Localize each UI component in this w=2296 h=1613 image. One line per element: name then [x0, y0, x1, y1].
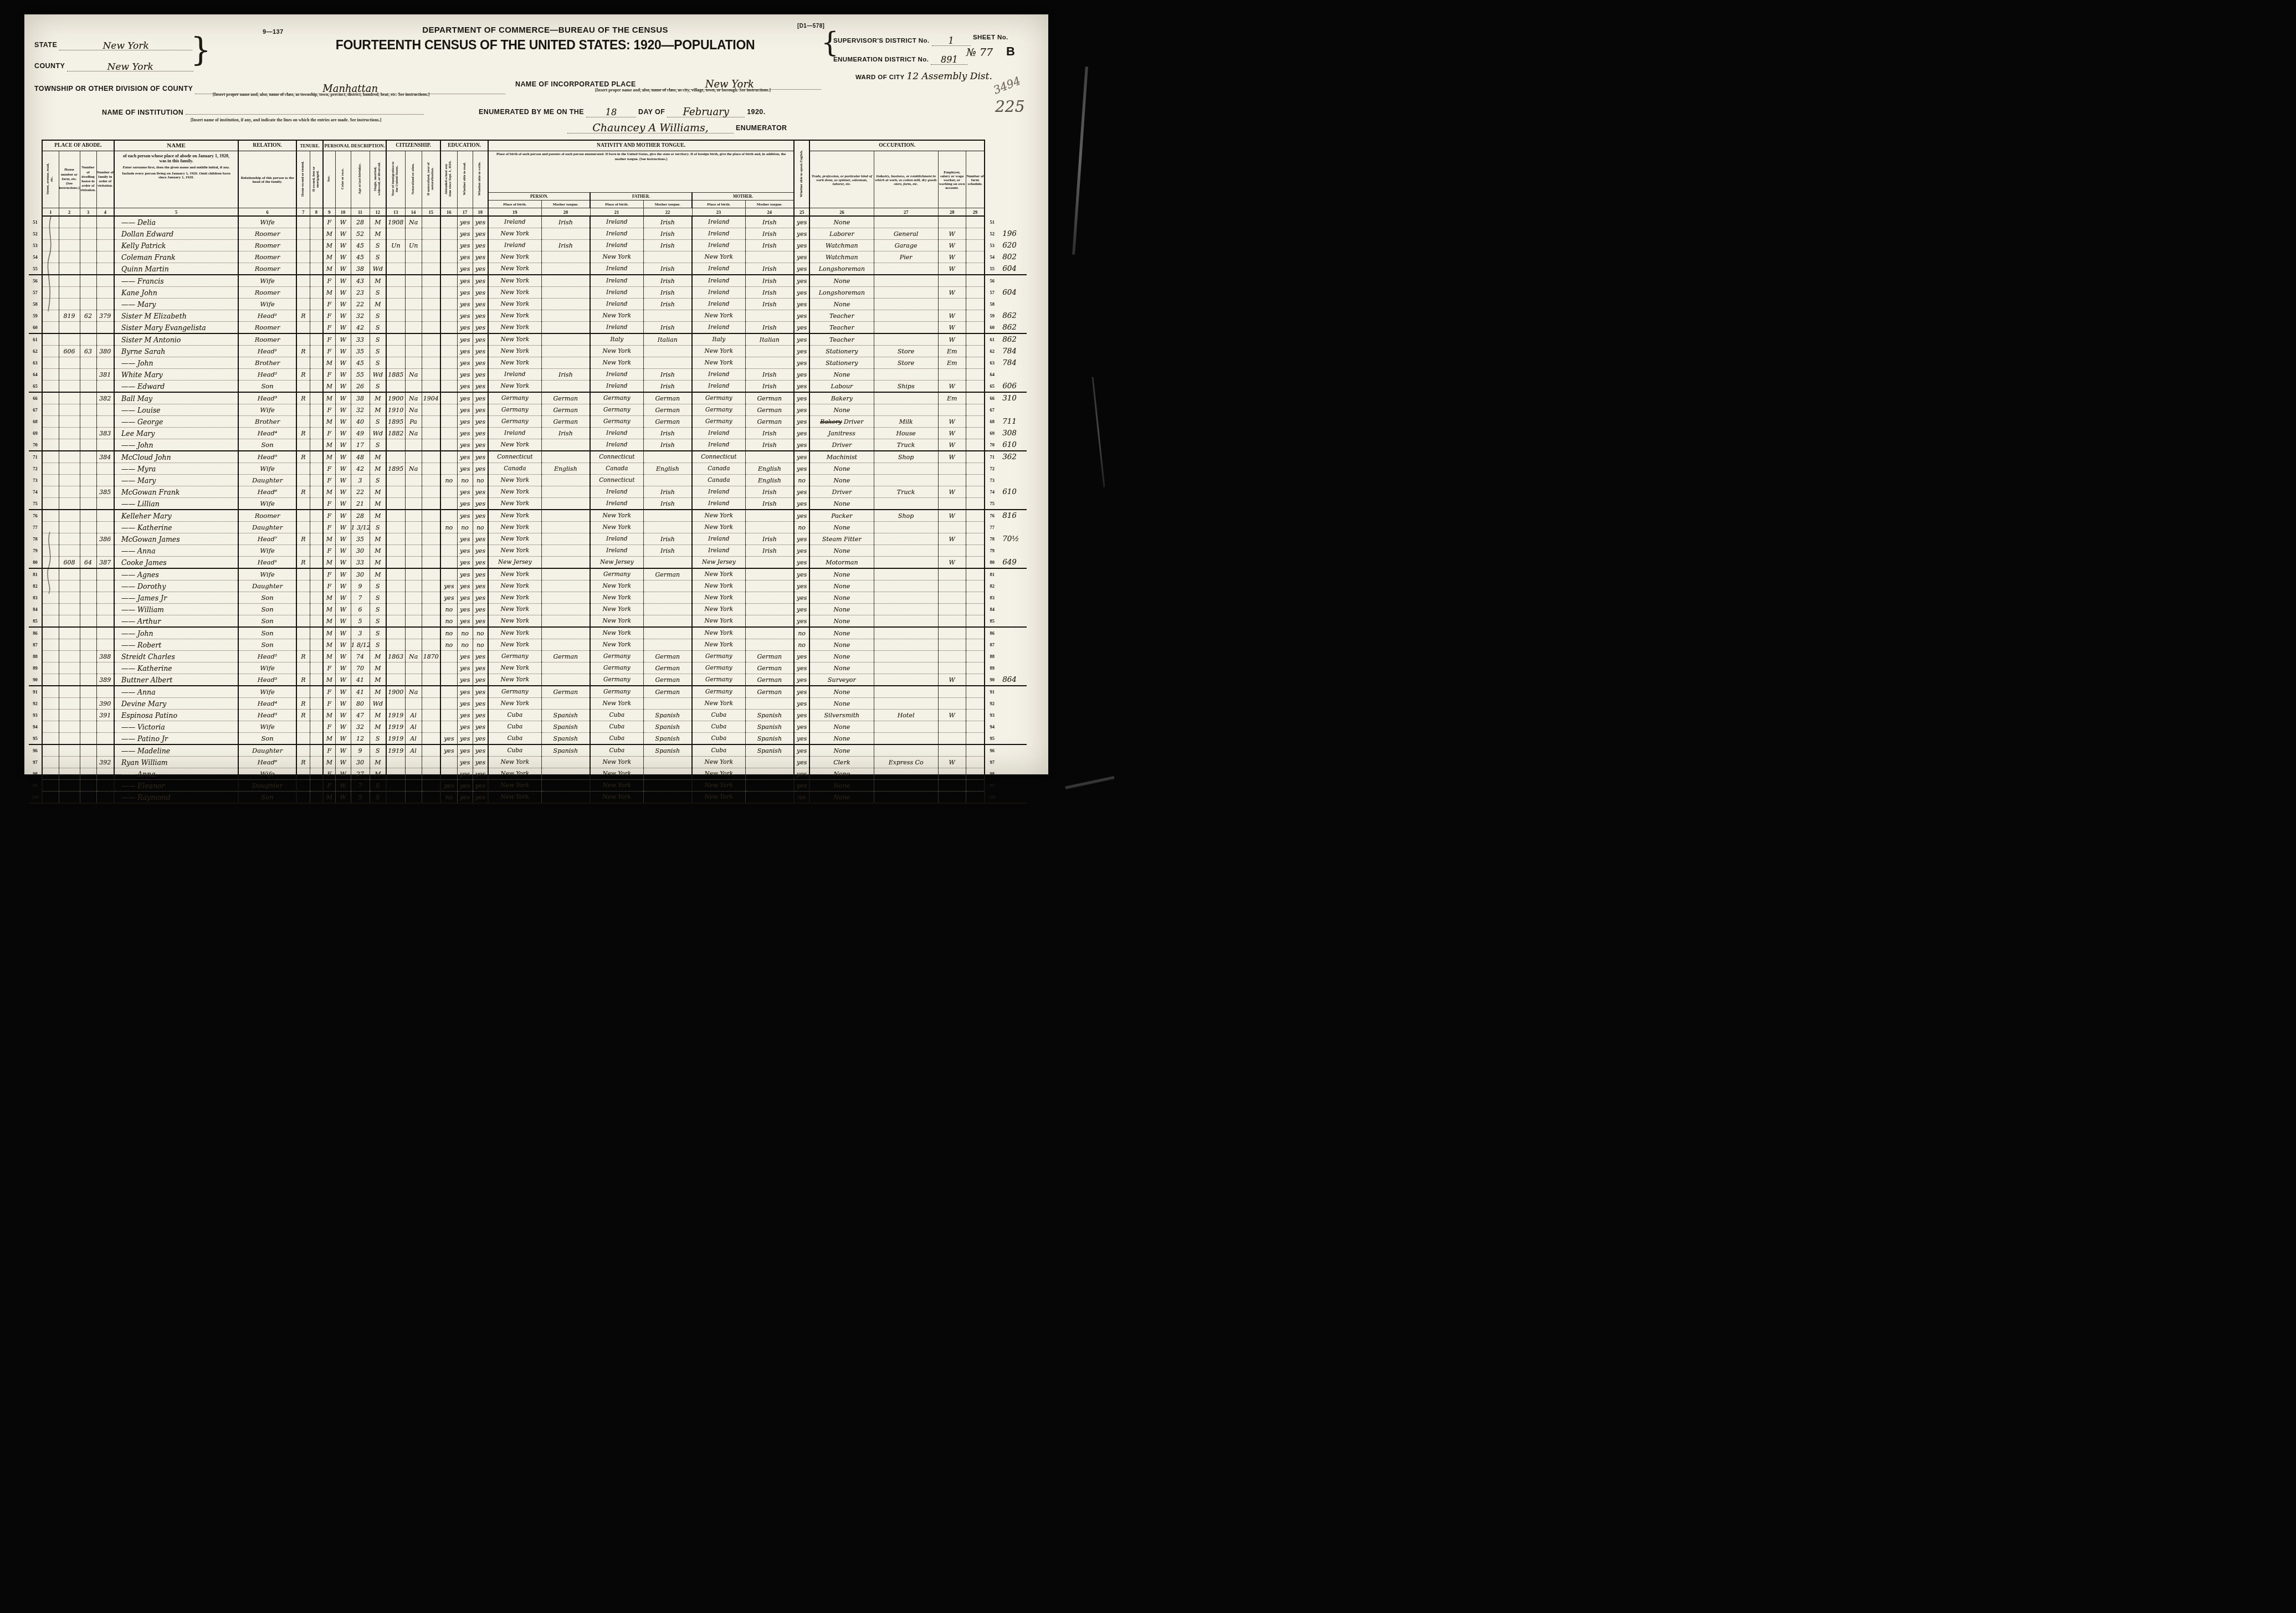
- cell-write: yes: [473, 545, 488, 557]
- cell-imm: 1910: [386, 404, 405, 416]
- cell-sch: [440, 240, 457, 251]
- cell-read: yes: [457, 275, 473, 287]
- cell-street: [42, 522, 59, 533]
- state-value: New York: [102, 40, 148, 52]
- cell-age: 30: [351, 757, 370, 768]
- cell-write: yes: [473, 428, 488, 439]
- table-row: 99—— EleanorDaughterFW7SyesyesyesNew Yor…: [29, 780, 1027, 792]
- cell-pb: New York: [488, 251, 541, 263]
- cell-num: 84: [29, 604, 42, 615]
- cell-farm: [966, 381, 985, 393]
- cell-race: W: [335, 346, 351, 357]
- cell-imm: [386, 486, 405, 498]
- column-number: 2: [59, 208, 80, 217]
- cell-sex: M: [323, 710, 335, 721]
- township-note: [Insert proper name and, also, name of c…: [213, 92, 429, 97]
- cell-nat: [405, 333, 422, 346]
- table-row: 58—— MaryWifeFW22MyesyesNew YorkIrelandI…: [29, 299, 1027, 310]
- cell-age: 55: [351, 369, 370, 381]
- cell-name: Kane John: [114, 287, 238, 299]
- col-house: House number or farm, etc. (See instruct…: [59, 151, 80, 208]
- cell-eng: yes: [794, 615, 809, 628]
- cell-street: [42, 428, 59, 439]
- cell-house: [59, 733, 80, 745]
- cell-rel: Head⁶: [238, 757, 296, 768]
- cell-natyr: [422, 721, 440, 733]
- cell-ten: [296, 522, 310, 533]
- cell-street: [42, 581, 59, 592]
- cell-emp: [938, 639, 966, 651]
- group-abode: PLACE OF ABODE.: [42, 140, 114, 151]
- cell-mmt: [745, 568, 794, 581]
- cell-name: —— Victoria: [114, 721, 238, 733]
- subgroup-person: PERSON.: [488, 193, 590, 201]
- cell-rel: Wife: [238, 568, 296, 581]
- cell-age: 30: [351, 545, 370, 557]
- cell-sex: M: [323, 263, 335, 275]
- cell-age: 52: [351, 228, 370, 240]
- cell-emp: [938, 721, 966, 733]
- cell-street: [42, 721, 59, 733]
- cell-mmt: Irish: [745, 299, 794, 310]
- cell-write: yes: [473, 287, 488, 299]
- cell-mmt: [745, 592, 794, 604]
- cell-race: W: [335, 744, 351, 757]
- cell-natyr: [422, 251, 440, 263]
- cell-rel: Wife: [238, 768, 296, 780]
- cell-trade: None: [809, 768, 874, 780]
- cell-mar: S: [370, 322, 386, 334]
- cell-read: yes: [457, 545, 473, 557]
- cell-mort: [310, 287, 323, 299]
- cell-house: [59, 768, 80, 780]
- cell-mar: M: [370, 392, 386, 404]
- cell-fpb: Ireland: [590, 228, 643, 240]
- cell-margin: 610: [999, 439, 1027, 451]
- cell-name: Sister M Antonio: [114, 333, 238, 346]
- cell-age: 22: [351, 486, 370, 498]
- cell-rel: Head¹: [238, 346, 296, 357]
- enumerator-field: Chauncey A Williams,: [567, 121, 734, 133]
- cell-eng: yes: [794, 251, 809, 263]
- cell-emp: W: [938, 333, 966, 346]
- cell-mpb: Germany: [692, 392, 745, 404]
- cell-emp: W: [938, 439, 966, 451]
- cell-street: [42, 651, 59, 662]
- cell-race: W: [335, 275, 351, 287]
- cell-race: W: [335, 792, 351, 804]
- cell-write: yes: [473, 404, 488, 416]
- cell-sch: [440, 310, 457, 322]
- cell-street: [42, 251, 59, 263]
- cell-sex: F: [323, 346, 335, 357]
- cell-emp: [938, 568, 966, 581]
- cell-street: [42, 392, 59, 404]
- cell-margin: [999, 216, 1027, 228]
- cell-name: Kelleher Mary: [114, 510, 238, 522]
- cell-ten: R: [296, 486, 310, 498]
- cell-mpb: New York: [692, 627, 745, 639]
- cell-name: —— John: [114, 357, 238, 369]
- cell-farm: [966, 404, 985, 416]
- cell-read: yes: [457, 792, 473, 804]
- cell-race: W: [335, 757, 351, 768]
- table-row: 68—— GeorgeBrotherMW40S1895PayesyesGerma…: [29, 416, 1027, 428]
- cell-ind: [874, 686, 938, 698]
- cell-margin: [999, 651, 1027, 662]
- cell-mt: Spanish: [541, 710, 590, 721]
- cell-mpb: New York: [692, 698, 745, 710]
- cell-fmt: Irish: [643, 381, 692, 393]
- cell-mt: Irish: [541, 428, 590, 439]
- cell-nat: Na: [405, 428, 422, 439]
- cell-farm: [966, 475, 985, 486]
- department-title: DEPARTMENT OF COMMERCE—BUREAU OF THE CEN…: [285, 25, 806, 35]
- cell-sch: [440, 416, 457, 428]
- cell-fpb: Italy: [590, 333, 643, 346]
- cell-rel: Brother: [238, 416, 296, 428]
- cell-sex: F: [323, 463, 335, 475]
- col-trade-desc: Trade, profession, or particular kind of…: [809, 151, 874, 208]
- cell-write: no: [473, 627, 488, 639]
- cell-mmt: German: [745, 662, 794, 674]
- table-row: 51—— DeliaWifeFW28M1908NayesyesIrelandIr…: [29, 216, 1027, 228]
- cell-margin: 620: [999, 240, 1027, 251]
- cell-mt: [541, 604, 590, 615]
- column-number: 28: [938, 208, 966, 217]
- cell-fpb: New York: [590, 792, 643, 804]
- cell-num: 86: [985, 627, 999, 639]
- cell-mt: [541, 557, 590, 569]
- cell-ten: [296, 721, 310, 733]
- cell-race: W: [335, 780, 351, 792]
- column-number: 25: [794, 208, 809, 217]
- cell-num: 54: [29, 251, 42, 263]
- cell-trade: None: [809, 733, 874, 745]
- cell-eng: yes: [794, 463, 809, 475]
- cell-dw: [80, 404, 96, 416]
- cell-house: [59, 568, 80, 581]
- cell-sch: yes: [440, 592, 457, 604]
- cell-mar: S: [370, 792, 386, 804]
- cell-fam: [96, 545, 114, 557]
- cell-emp: [938, 698, 966, 710]
- cell-nat: Na: [405, 686, 422, 698]
- cell-mar: S: [370, 604, 386, 615]
- cell-dw: [80, 651, 96, 662]
- cell-read: yes: [457, 251, 473, 263]
- cell-mt: [541, 639, 590, 651]
- cell-farm: [966, 698, 985, 710]
- cell-rel: Wife: [238, 275, 296, 287]
- cell-ten: [296, 240, 310, 251]
- cell-name: —— Mary: [114, 475, 238, 486]
- cell-race: W: [335, 463, 351, 475]
- cell-mmt: [745, 768, 794, 780]
- table-row: 95—— Patino JrSonMW12S1919AlyesyesyesCub…: [29, 733, 1027, 745]
- cell-race: W: [335, 240, 351, 251]
- cell-street: [42, 510, 59, 522]
- cell-read: yes: [457, 592, 473, 604]
- township-label: TOWNSHIP OR OTHER DIVISION OF COUNTY: [34, 85, 193, 93]
- cell-emp: W: [938, 674, 966, 686]
- cell-mmt: English: [745, 475, 794, 486]
- cell-farm: [966, 686, 985, 698]
- cell-race: W: [335, 510, 351, 522]
- cell-nat: [405, 581, 422, 592]
- cell-sch: [440, 228, 457, 240]
- cell-mort: [310, 451, 323, 463]
- cell-sch: [440, 533, 457, 545]
- cell-ten: R: [296, 392, 310, 404]
- cell-margin: 649: [999, 557, 1027, 569]
- cell-sex: F: [323, 322, 335, 334]
- cell-mort: [310, 557, 323, 569]
- cell-mort: [310, 310, 323, 322]
- cell-ten: [296, 381, 310, 393]
- cell-rel: Head³: [238, 392, 296, 404]
- cell-fpb: Germany: [590, 392, 643, 404]
- column-number: 18: [473, 208, 488, 217]
- cell-eng: no: [794, 627, 809, 639]
- cell-mort: [310, 369, 323, 381]
- cell-street: [42, 216, 59, 228]
- cell-age: 41: [351, 686, 370, 698]
- cell-fam: [96, 381, 114, 393]
- table-row: 61Sister M AntonioRoomerFW33SyesyesNew Y…: [29, 333, 1027, 346]
- cell-fam: [96, 522, 114, 533]
- cell-rel: Head⁵: [238, 710, 296, 721]
- cell-fmt: [643, 592, 692, 604]
- column-number: 24: [745, 208, 794, 217]
- cell-pb: New York: [488, 287, 541, 299]
- cell-read: yes: [457, 299, 473, 310]
- cell-street: [42, 451, 59, 463]
- cell-farm: [966, 240, 985, 251]
- cell-ind: [874, 310, 938, 322]
- cell-name: —— Anna: [114, 768, 238, 780]
- cell-eng: yes: [794, 275, 809, 287]
- cell-mar: S: [370, 439, 386, 451]
- table-row: 64381White MaryHead²RFW55Wd1885NayesyesI…: [29, 369, 1027, 381]
- cell-sex: M: [323, 592, 335, 604]
- cell-read: yes: [457, 721, 473, 733]
- name-desc-3: Include every person living on January 1…: [118, 172, 234, 179]
- cell-rel: Head¹: [238, 310, 296, 322]
- cell-age: 5: [351, 792, 370, 804]
- column-number: 15: [422, 208, 440, 217]
- table-row: 90389Buttner AlbertHead³RMW41MyesyesNew …: [29, 674, 1027, 686]
- table-row: 54Coleman FrankRoomerMW45SyesyesNew York…: [29, 251, 1027, 263]
- cell-farm: [966, 439, 985, 451]
- col-mortgage: If owned, free or mortgaged.: [310, 151, 323, 208]
- cell-mpb: New York: [692, 757, 745, 768]
- cell-fmt: Irish: [643, 287, 692, 299]
- cell-natyr: 1904: [422, 392, 440, 404]
- cell-eng: yes: [794, 510, 809, 522]
- cell-fam: [96, 275, 114, 287]
- cell-pb: Cuba: [488, 733, 541, 745]
- cell-mpb: New York: [692, 357, 745, 369]
- cell-margin: [999, 275, 1027, 287]
- cell-margin: [999, 662, 1027, 674]
- cell-mt: [541, 275, 590, 287]
- cell-name: —— Anna: [114, 686, 238, 698]
- cell-sex: F: [323, 299, 335, 310]
- group-relation: RELATION.: [238, 140, 296, 151]
- cell-mpb: Ireland: [692, 439, 745, 451]
- cell-pb: Cuba: [488, 744, 541, 757]
- cell-age: 45: [351, 357, 370, 369]
- cell-eng: yes: [794, 557, 809, 569]
- cell-mort: [310, 439, 323, 451]
- cell-pb: New York: [488, 533, 541, 545]
- cell-num: 90: [985, 674, 999, 686]
- table-row: 75—— LillianWifeFW21MyesyesNew YorkIrela…: [29, 498, 1027, 510]
- cell-house: [59, 615, 80, 628]
- cell-sch: [440, 251, 457, 263]
- cell-mpb: Ireland: [692, 486, 745, 498]
- cell-dw: [80, 263, 96, 275]
- cell-ind: [874, 392, 938, 404]
- cell-natyr: [422, 310, 440, 322]
- cell-fmt: English: [643, 463, 692, 475]
- table-row: 70—— JohnSonMW17SyesyesNew YorkIrelandIr…: [29, 439, 1027, 451]
- cell-mmt: [745, 615, 794, 628]
- cell-mar: M: [370, 768, 386, 780]
- table-row: 94—— VictoriaWifeFW32M1919AlyesyesCubaSp…: [29, 721, 1027, 733]
- cell-age: 9: [351, 744, 370, 757]
- cell-num: 55: [29, 263, 42, 275]
- cell-imm: 1885: [386, 369, 405, 381]
- cell-sch: [440, 710, 457, 721]
- cell-age: 9: [351, 581, 370, 592]
- cell-street: [42, 357, 59, 369]
- cell-mmt: German: [745, 416, 794, 428]
- cell-num: 60: [29, 322, 42, 334]
- cell-emp: [938, 662, 966, 674]
- cell-mort: [310, 240, 323, 251]
- table-row: 83—— James JrSonMW7SyesyesyesNew YorkNew…: [29, 592, 1027, 604]
- cell-rel: Roomer: [238, 510, 296, 522]
- cell-fam: [96, 792, 114, 804]
- cell-age: 17: [351, 439, 370, 451]
- cell-read: yes: [457, 686, 473, 698]
- cell-mmt: [745, 557, 794, 569]
- cell-dw: [80, 451, 96, 463]
- table-row: 74385McGowan FrankHead⁶RMW22MyesyesNew Y…: [29, 486, 1027, 498]
- cell-margin: 606: [999, 381, 1027, 393]
- cell-margin: 862: [999, 333, 1027, 346]
- cell-house: [59, 686, 80, 698]
- cell-rel: Daughter: [238, 522, 296, 533]
- cell-imm: Un: [386, 240, 405, 251]
- col-mortgage-label: If owned, free or mortgaged.: [312, 161, 320, 197]
- cell-mpb: New York: [692, 522, 745, 533]
- cell-mt: Spanish: [541, 744, 590, 757]
- cell-num: 65: [985, 381, 999, 393]
- cell-sch: no: [440, 627, 457, 639]
- cell-sch: [440, 768, 457, 780]
- cell-ind: Truck: [874, 486, 938, 498]
- cell-mt: [541, 662, 590, 674]
- cell-num: 93: [29, 710, 42, 721]
- cell-street: [42, 333, 59, 346]
- cell-sch: [440, 498, 457, 510]
- cell-fpb: Ireland: [590, 439, 643, 451]
- cell-fmt: German: [643, 404, 692, 416]
- cell-dw: [80, 780, 96, 792]
- cell-num: 96: [29, 744, 42, 757]
- cell-mmt: English: [745, 463, 794, 475]
- col-employer-desc: Employer, salary or wage worker, or work…: [938, 151, 966, 208]
- cell-mmt: [745, 698, 794, 710]
- cell-mt: Irish: [541, 240, 590, 251]
- cell-num: 89: [985, 662, 999, 674]
- margin-scrawl-1: 3494: [991, 74, 1022, 96]
- cell-name: —— Agnes: [114, 568, 238, 581]
- cell-fmt: [643, 346, 692, 357]
- cell-fmt: [643, 792, 692, 804]
- cell-num: 79: [985, 545, 999, 557]
- cell-emp: [938, 651, 966, 662]
- cell-nat: [405, 346, 422, 357]
- cell-dw: [80, 498, 96, 510]
- cell-emp: W: [938, 251, 966, 263]
- cell-ten: R: [296, 451, 310, 463]
- cell-mort: [310, 568, 323, 581]
- cell-mt: [541, 568, 590, 581]
- cell-mar: S: [370, 416, 386, 428]
- cell-natyr: [422, 240, 440, 251]
- cell-emp: Em: [938, 357, 966, 369]
- sheet-letter: B: [1006, 44, 1015, 59]
- cell-fmt: Italian: [643, 333, 692, 346]
- cell-fpb: New York: [590, 698, 643, 710]
- cell-age: 49: [351, 428, 370, 439]
- cell-farm: [966, 780, 985, 792]
- cell-trade: Steam Fitter: [809, 533, 874, 545]
- cell-fmt: [643, 757, 692, 768]
- cell-natyr: [422, 780, 440, 792]
- cell-house: 819: [59, 310, 80, 322]
- cell-mpb: Cuba: [692, 710, 745, 721]
- cell-fpb: Connecticut: [590, 475, 643, 486]
- cell-mort: [310, 698, 323, 710]
- cell-mar: M: [370, 404, 386, 416]
- table-row: 55Quinn MartinRoomerMW38WdyesyesNew York…: [29, 263, 1027, 275]
- cell-race: W: [335, 299, 351, 310]
- cell-mpb: Ireland: [692, 228, 745, 240]
- cell-trade: Teacher: [809, 333, 874, 346]
- column-number: 20: [541, 208, 590, 217]
- cell-mmt: [745, 627, 794, 639]
- cell-num: 75: [29, 498, 42, 510]
- cell-sex: F: [323, 780, 335, 792]
- cell-race: W: [335, 392, 351, 404]
- col-color: Color or race.: [335, 151, 351, 208]
- cell-write: yes: [473, 733, 488, 745]
- cell-sch: [440, 381, 457, 393]
- cell-emp: [938, 592, 966, 604]
- col-age-label: Age at last birthday.: [358, 163, 362, 194]
- cell-pb: New York: [488, 498, 541, 510]
- cell-margin: [999, 299, 1027, 310]
- cell-name: Buttner Albert: [114, 674, 238, 686]
- cell-fam: [96, 228, 114, 240]
- cell-fam: 386: [96, 533, 114, 545]
- cell-sex: F: [323, 275, 335, 287]
